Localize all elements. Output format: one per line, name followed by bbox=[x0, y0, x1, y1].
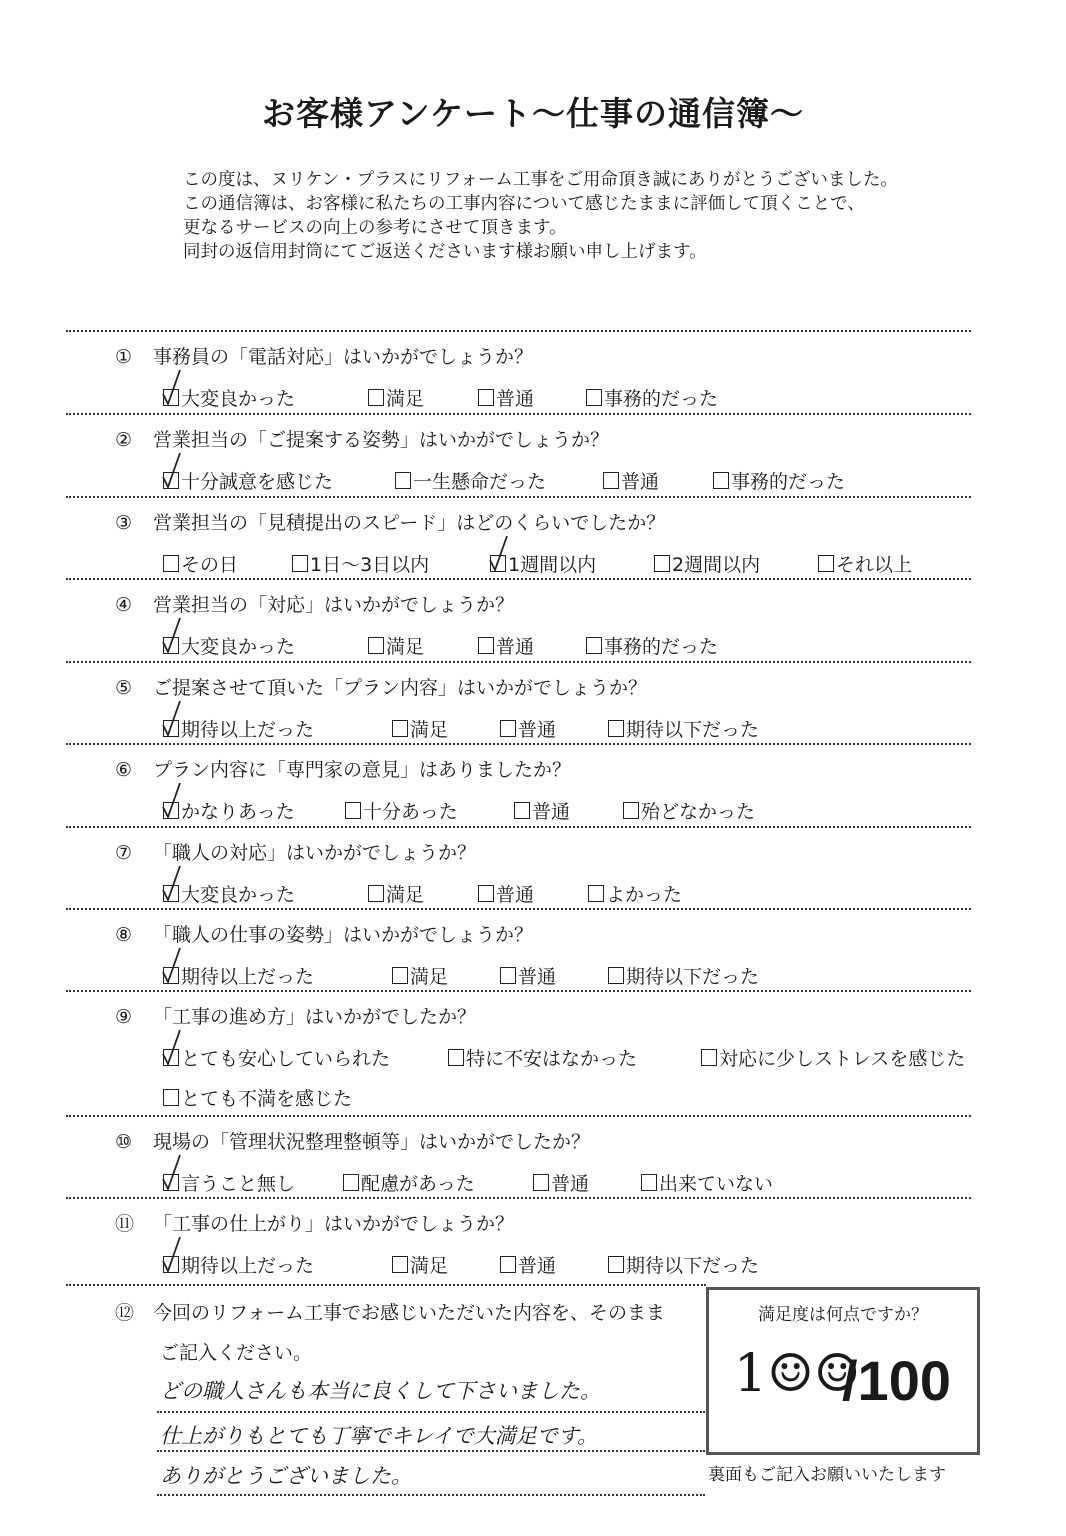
checkbox[interactable] bbox=[163, 720, 179, 737]
checkbox[interactable] bbox=[701, 1049, 717, 1066]
checkbox[interactable] bbox=[163, 1049, 179, 1066]
option-label: 満足 bbox=[386, 636, 424, 658]
option-5-3[interactable]: 普通 bbox=[500, 715, 556, 742]
option-label: 満足 bbox=[410, 966, 448, 988]
comment-line-3[interactable]: ありがとうございました。 bbox=[160, 1460, 412, 1490]
checkbox[interactable] bbox=[395, 472, 411, 489]
option-1-1[interactable]: 大変良かった bbox=[163, 384, 295, 411]
question-9: ⑨「工事の進め方」はいかがでしたか？ bbox=[115, 1002, 476, 1029]
option-4-3[interactable]: 普通 bbox=[478, 632, 534, 659]
checkbox[interactable] bbox=[163, 885, 179, 902]
checkbox[interactable] bbox=[478, 885, 494, 902]
checkbox[interactable] bbox=[163, 389, 179, 406]
option-9-2[interactable]: 特に不安はなかった bbox=[448, 1044, 637, 1071]
comment-rule bbox=[157, 1411, 705, 1413]
checkbox[interactable] bbox=[586, 389, 602, 406]
option-7-4[interactable]: よかった bbox=[588, 880, 682, 907]
option-label: 特に不安はなかった bbox=[466, 1048, 637, 1070]
question-10: ⑩現場の「管理状況整理整頓等」はいかがでしたか？ bbox=[115, 1127, 590, 1154]
divider bbox=[66, 413, 971, 415]
checkbox[interactable] bbox=[654, 555, 670, 572]
option-label: 普通 bbox=[551, 1173, 589, 1195]
option-label: 大変良かった bbox=[181, 636, 295, 658]
option-label: その日 bbox=[181, 554, 238, 576]
checkbox[interactable] bbox=[163, 802, 179, 819]
question-8: ⑧「職人の仕事の姿勢」はいかがでしょうか？ bbox=[115, 920, 533, 947]
option-label: とても安心していられた bbox=[181, 1048, 390, 1070]
divider bbox=[66, 496, 971, 498]
option-9-1[interactable]: とても安心していられた bbox=[163, 1044, 390, 1071]
comment-rule bbox=[157, 1450, 705, 1452]
checkbox[interactable] bbox=[588, 885, 604, 902]
score-question: 満足度は何点ですか？ bbox=[709, 1300, 977, 1325]
back-page-note: 裏面もご記入お願いいたします bbox=[708, 1460, 946, 1485]
comment-line-1[interactable]: どの職人さんも本当に良くして下さいました。 bbox=[160, 1375, 601, 1405]
option-label: 普通 bbox=[496, 884, 534, 906]
option-6-2[interactable]: 十分あった bbox=[345, 797, 458, 824]
option-1-3[interactable]: 普通 bbox=[478, 384, 534, 411]
checkmark-icon bbox=[160, 1028, 190, 1068]
option-8-1[interactable]: 期待以上だった bbox=[163, 962, 314, 989]
intro-line: 同封の返信用封筒にてご返送くださいます様お願い申し上げます。 bbox=[183, 240, 898, 264]
option-2-3[interactable]: 普通 bbox=[603, 467, 659, 494]
score-max: /100 bbox=[842, 1348, 951, 1413]
checkbox[interactable] bbox=[368, 885, 384, 902]
option-label: 期待以下だった bbox=[626, 1255, 759, 1277]
question-number: ③ bbox=[115, 512, 153, 534]
checkbox[interactable] bbox=[500, 720, 516, 737]
question-number: ⑥ bbox=[115, 759, 153, 781]
question-text: 「工事の仕上がり」はいかがでしょうか？ bbox=[153, 1213, 514, 1235]
checkmark-icon bbox=[160, 864, 190, 904]
divider bbox=[66, 578, 971, 580]
comment-rule bbox=[157, 1494, 705, 1496]
option-label: 期待以下だった bbox=[626, 966, 759, 988]
question-text: 事務員の「電話対応」はいかがでしょうか？ bbox=[153, 346, 533, 368]
option-4-2[interactable]: 満足 bbox=[368, 632, 424, 659]
question-number: ⑪ bbox=[115, 1209, 153, 1236]
option-label: 普通 bbox=[621, 471, 659, 493]
checkbox[interactable] bbox=[478, 389, 494, 406]
checkbox[interactable] bbox=[478, 637, 494, 654]
option-label: 期待以上だった bbox=[181, 966, 314, 988]
satisfaction-score-box: 満足度は何点ですか？ 1☺☺ /100 bbox=[706, 1287, 980, 1455]
option-label: 2週間以内 bbox=[672, 554, 760, 576]
question-number: ② bbox=[115, 429, 153, 451]
option-label: 大変良かった bbox=[181, 388, 295, 410]
checkmark-icon bbox=[160, 368, 190, 408]
checkbox[interactable] bbox=[392, 967, 408, 984]
option-label: 普通 bbox=[518, 1255, 556, 1277]
checkbox[interactable] bbox=[345, 802, 361, 819]
checkmark-icon bbox=[160, 946, 190, 986]
option-9-3[interactable]: 対応に少しストレスを感じた bbox=[701, 1044, 965, 1071]
checkmark-icon bbox=[160, 451, 190, 491]
option-label: それ以上 bbox=[836, 554, 912, 576]
comment-line-2[interactable]: 仕上がりもとても丁寧でキレイで大満足です。 bbox=[160, 1420, 598, 1450]
question-text: 営業担当の「対応」はいかがでしょうか？ bbox=[153, 594, 514, 616]
checkbox[interactable] bbox=[392, 1256, 408, 1273]
checkbox[interactable] bbox=[163, 1174, 179, 1191]
checkmark-icon bbox=[160, 699, 190, 739]
checkbox[interactable] bbox=[163, 967, 179, 984]
intro-line: 更なるサービスの向上の参考にさせて頂きます。 bbox=[183, 216, 898, 240]
question-text: 「工事の進め方」はいかがでしたか？ bbox=[153, 1006, 476, 1028]
option-label: 1週間以内 bbox=[508, 554, 596, 576]
option-label: 対応に少しストレスを感じた bbox=[719, 1048, 965, 1070]
checkbox[interactable] bbox=[163, 555, 179, 572]
option-11-1[interactable]: 期待以上だった bbox=[163, 1251, 314, 1278]
checkbox[interactable] bbox=[818, 555, 834, 572]
question-11: ⑪「工事の仕上がり」はいかがでしょうか？ bbox=[115, 1209, 514, 1236]
question-text: 現場の「管理状況整理整頓等」はいかがでしたか？ bbox=[153, 1131, 590, 1153]
question-text: プラン内容に「専門家の意見」はありましたか？ bbox=[153, 759, 571, 781]
option-6-4[interactable]: 殆どなかった bbox=[623, 797, 755, 824]
option-label: 事務的だった bbox=[731, 471, 845, 493]
option-3-2[interactable]: 1日〜3日以内 bbox=[292, 550, 429, 577]
option-7-1[interactable]: 大変良かった bbox=[163, 880, 295, 907]
question-text: 「職人の仕事の姿勢」はいかがでしょうか？ bbox=[153, 924, 533, 946]
option-3-4[interactable]: 2週間以内 bbox=[654, 550, 760, 577]
option-label: とても不満を感じた bbox=[181, 1088, 352, 1110]
option-label: 十分誠意を感じた bbox=[181, 471, 333, 493]
option-label: 普通 bbox=[496, 636, 534, 658]
option-2-2[interactable]: 一生懸命だった bbox=[395, 467, 546, 494]
option-label: 配慮があった bbox=[361, 1173, 475, 1195]
question-5: ⑤ご提案させて頂いた「プラン内容」はいかがでしょうか？ bbox=[115, 673, 647, 700]
option-label: 出来ていない bbox=[659, 1173, 773, 1195]
option-1-2[interactable]: 満足 bbox=[368, 384, 424, 411]
checkbox[interactable] bbox=[368, 389, 384, 406]
question-number: ⑨ bbox=[115, 1006, 153, 1028]
checkbox[interactable] bbox=[608, 1256, 624, 1273]
option-label: 事務的だった bbox=[604, 388, 718, 410]
option-label: 期待以上だった bbox=[181, 1255, 314, 1277]
question-12-line2: ご記入ください。 bbox=[160, 1338, 312, 1365]
checkbox[interactable] bbox=[586, 637, 602, 654]
option-3-3[interactable]: 1週間以内 bbox=[490, 550, 596, 577]
divider bbox=[66, 990, 971, 992]
checkmark-icon bbox=[160, 781, 190, 821]
option-label: 殆どなかった bbox=[641, 801, 755, 823]
option-label: 満足 bbox=[386, 388, 424, 410]
option-11-3[interactable]: 普通 bbox=[500, 1251, 556, 1278]
option-11-2[interactable]: 満足 bbox=[392, 1251, 448, 1278]
checkbox[interactable] bbox=[603, 472, 619, 489]
checkbox[interactable] bbox=[343, 1174, 359, 1191]
option-6-3[interactable]: 普通 bbox=[514, 797, 570, 824]
option-3-5[interactable]: それ以上 bbox=[818, 550, 912, 577]
checkbox[interactable] bbox=[514, 802, 530, 819]
option-label: 期待以上だった bbox=[181, 719, 314, 741]
option-3-1[interactable]: その日 bbox=[163, 550, 238, 577]
checkbox[interactable] bbox=[713, 472, 729, 489]
option-8-3[interactable]: 普通 bbox=[500, 962, 556, 989]
checkbox[interactable] bbox=[608, 720, 624, 737]
option-5-2[interactable]: 満足 bbox=[392, 715, 448, 742]
question-3: ③営業担当の「見積提出のスピード」はどのくらいでしたか？ bbox=[115, 508, 665, 535]
option-6-1[interactable]: かなりあった bbox=[163, 797, 295, 824]
question-text: 「職人の対応」はいかがでしょうか？ bbox=[153, 842, 476, 864]
intro-line: この度は、ヌリケン・プラスにリフォーム工事をご用命頂き誠にありがとうございました… bbox=[183, 168, 898, 192]
divider bbox=[66, 1115, 971, 1117]
checkbox[interactable] bbox=[448, 1049, 464, 1066]
option-1-4[interactable]: 事務的だった bbox=[586, 384, 718, 411]
option-label: 満足 bbox=[410, 1255, 448, 1277]
divider bbox=[66, 743, 971, 745]
checkbox[interactable] bbox=[533, 1174, 549, 1191]
divider bbox=[66, 1197, 971, 1199]
checkbox[interactable] bbox=[641, 1174, 657, 1191]
checkbox[interactable] bbox=[292, 555, 308, 572]
divider bbox=[66, 330, 971, 332]
option-10-4[interactable]: 出来ていない bbox=[641, 1169, 773, 1196]
question-text: 今回のリフォーム工事でお感じいただいた内容を、そのまま bbox=[153, 1302, 665, 1324]
option-label: 大変良かった bbox=[181, 884, 295, 906]
option-label: 事務的だった bbox=[604, 636, 718, 658]
option-5-4[interactable]: 期待以下だった bbox=[608, 715, 759, 742]
option-2-1[interactable]: 十分誠意を感じた bbox=[163, 467, 333, 494]
checkmark-icon bbox=[487, 534, 517, 574]
checkbox[interactable] bbox=[500, 967, 516, 984]
checkmark-icon bbox=[160, 1235, 190, 1275]
option-label: よかった bbox=[606, 884, 682, 906]
question-text: 営業担当の「見積提出のスピード」はどのくらいでしたか？ bbox=[153, 512, 665, 534]
option-label: 普通 bbox=[532, 801, 570, 823]
checkbox[interactable] bbox=[623, 802, 639, 819]
checkbox[interactable] bbox=[368, 637, 384, 654]
option-2-4[interactable]: 事務的だった bbox=[713, 467, 845, 494]
checkbox[interactable] bbox=[500, 1256, 516, 1273]
option-label: 普通 bbox=[518, 966, 556, 988]
option-label: 満足 bbox=[410, 719, 448, 741]
question-number: ⑦ bbox=[115, 842, 153, 864]
question-number: ⑫ bbox=[115, 1298, 153, 1325]
survey-title: お客様アンケート〜仕事の通信簿〜 bbox=[0, 88, 1066, 135]
question-2: ②営業担当の「ご提案する姿勢」はいかがでしょうか？ bbox=[115, 425, 609, 452]
option-7-3[interactable]: 普通 bbox=[478, 880, 534, 907]
option-label: かなりあった bbox=[181, 801, 295, 823]
checkbox[interactable] bbox=[490, 555, 506, 572]
option-label: 1日〜3日以内 bbox=[310, 554, 429, 576]
option-4-4[interactable]: 事務的だった bbox=[586, 632, 718, 659]
question-7: ⑦「職人の対応」はいかがでしょうか？ bbox=[115, 838, 476, 865]
question-1: ①事務員の「電話対応」はいかがでしょうか？ bbox=[115, 342, 533, 369]
checkmark-icon bbox=[160, 616, 190, 656]
checkbox[interactable] bbox=[163, 1256, 179, 1273]
question-number: ④ bbox=[115, 594, 153, 616]
question-number: ⑤ bbox=[115, 677, 153, 699]
question-12: ⑫今回のリフォーム工事でお感じいただいた内容を、そのまま bbox=[115, 1298, 665, 1325]
option-label: 言うこと無し bbox=[181, 1173, 295, 1195]
option-10-3[interactable]: 普通 bbox=[533, 1169, 589, 1196]
checkmark-icon bbox=[160, 1153, 190, 1193]
question-number: ⑧ bbox=[115, 924, 153, 946]
divider bbox=[66, 826, 971, 828]
divider bbox=[66, 661, 971, 663]
option-label: 普通 bbox=[496, 388, 534, 410]
checkbox[interactable] bbox=[392, 720, 408, 737]
option-8-2[interactable]: 満足 bbox=[392, 962, 448, 989]
option-label: 満足 bbox=[386, 884, 424, 906]
option-label: 期待以下だった bbox=[626, 719, 759, 741]
checkbox[interactable] bbox=[163, 637, 179, 654]
option-9-4[interactable]: とても不満を感じた bbox=[163, 1084, 352, 1111]
question-6: ⑥プラン内容に「専門家の意見」はありましたか？ bbox=[115, 755, 571, 782]
option-label: 十分あった bbox=[363, 801, 458, 823]
question-text: ご提案させて頂いた「プラン内容」はいかがでしょうか？ bbox=[153, 677, 647, 699]
divider bbox=[66, 1284, 706, 1286]
question-text: 営業担当の「ご提案する姿勢」はいかがでしょうか？ bbox=[153, 429, 609, 451]
checkbox[interactable] bbox=[163, 1089, 179, 1106]
intro-line: この通信簿は、お客様に私たちの工事内容について感じたままに評価して頂くことで、 bbox=[183, 192, 898, 216]
option-4-1[interactable]: 大変良かった bbox=[163, 632, 295, 659]
intro-text: この度は、ヌリケン・プラスにリフォーム工事をご用命頂き誠にありがとうございました… bbox=[183, 168, 898, 264]
option-11-4[interactable]: 期待以下だった bbox=[608, 1251, 759, 1278]
option-8-4[interactable]: 期待以下だった bbox=[608, 962, 759, 989]
checkbox[interactable] bbox=[163, 472, 179, 489]
checkbox[interactable] bbox=[608, 967, 624, 984]
question-number: ① bbox=[115, 346, 153, 368]
divider bbox=[66, 908, 971, 910]
question-number: ⑩ bbox=[115, 1131, 153, 1153]
option-label: 普通 bbox=[518, 719, 556, 741]
option-label: 一生懸命だった bbox=[413, 471, 546, 493]
option-10-2[interactable]: 配慮があった bbox=[343, 1169, 475, 1196]
option-5-1[interactable]: 期待以上だった bbox=[163, 715, 314, 742]
option-7-2[interactable]: 満足 bbox=[368, 880, 424, 907]
question-4: ④営業担当の「対応」はいかがでしょうか？ bbox=[115, 590, 514, 617]
option-10-1[interactable]: 言うこと無し bbox=[163, 1169, 295, 1196]
